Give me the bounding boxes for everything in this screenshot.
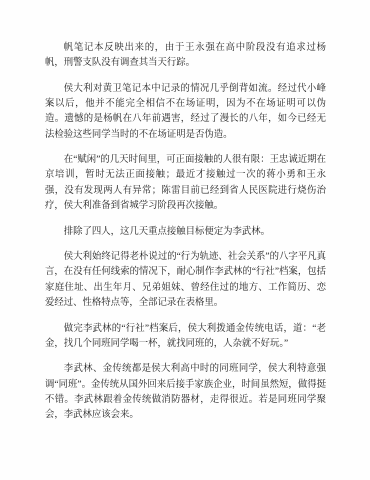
paragraph: 做完李武林的“行社”档案后，侯大利拨通金传统电话，道：“老金，找几个同班同学喝一… <box>45 322 326 352</box>
page-text: 帆笔记本反映出来的，由于王永强在高中阶段没有追求过杨帆，刑警支队没有调查其当天行… <box>45 41 326 423</box>
paragraph: 在“赋闲”的几天时间里，可正面接触的人很有限：王忠诚近期在京培训，暂时无法正面接… <box>45 153 326 214</box>
reader-page: 帆笔记本反映出来的，由于王永强在高中阶段没有追求过杨帆，刑警支队没有调查其当天行… <box>0 0 370 480</box>
paragraph: 侯大利对黄卫笔记本中记录的情况几乎倒背如流。经过代小峰案以后，他并不能完全相信不… <box>45 82 326 143</box>
paragraph: 侯大利始终记得老朴说过的“行为轨迹、社会关系”的八字平凡真言，在没有任何线索的情… <box>45 250 326 311</box>
paragraph: 李武林、金传统都是侯大利高中时的同班同学，侯大利特意强调“同班”。金传统从国外回… <box>45 362 326 423</box>
paragraph: 帆笔记本反映出来的，由于王永强在高中阶段没有追求过杨帆，刑警支队没有调查其当天行… <box>45 41 326 71</box>
paragraph: 排除了四人，这几天重点接触目标便定为李武林。 <box>45 225 326 240</box>
